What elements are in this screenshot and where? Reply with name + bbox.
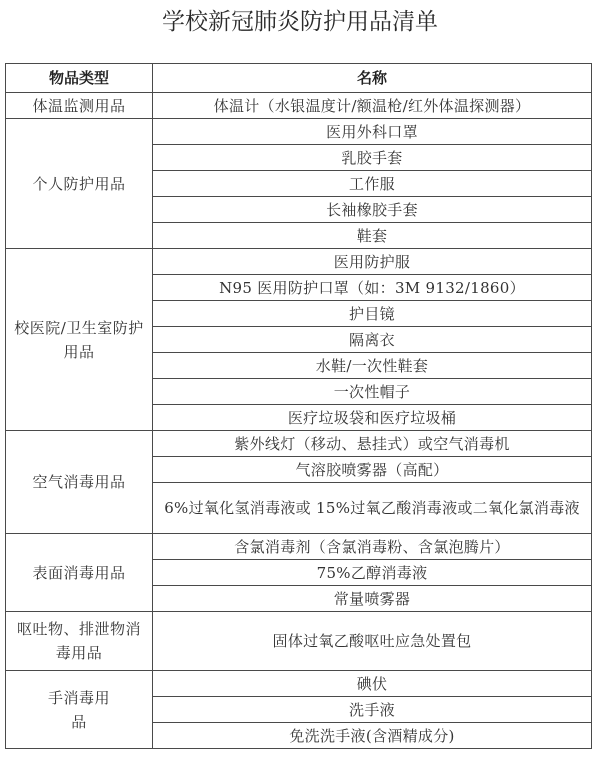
table-header-row: 物品类型 名称 [6,64,592,93]
category-cell: 呕吐物、排泄物消毒用品 [6,612,153,671]
table-row: 个人防护用品 医用外科口罩 [6,119,592,145]
header-name: 名称 [153,64,592,93]
item-cell: 隔离衣 [153,327,592,353]
item-cell: 医用防护服 [153,249,592,275]
table-row: 表面消毒用品 含氯消毒剂（含氯消毒粉、含氯泡腾片） [6,534,592,560]
item-cell: 免洗洗手液(含酒精成分) [153,723,592,749]
page-title: 学校新冠肺炎防护用品清单 [0,8,600,36]
item-cell: 鞋套 [153,223,592,249]
item-cell: 6%过氧化氢消毒液或 15%过氧乙酸消毒液或二氧化氯消毒液 [153,483,592,534]
item-cell: 气溶胶喷雾器（高配） [153,457,592,483]
item-cell: 体温计（水银温度计/额温枪/红外体温探测器） [153,93,592,119]
category-cell: 体温监测用品 [6,93,153,119]
item-cell: 固体过氧乙酸呕吐应急处置包 [153,612,592,671]
category-cell: 手消毒用品 [6,671,153,749]
item-cell: 75%乙醇消毒液 [153,560,592,586]
table-row: 呕吐物、排泄物消毒用品 固体过氧乙酸呕吐应急处置包 [6,612,592,671]
header-category: 物品类型 [6,64,153,93]
item-cell: N95 医用防护口罩（如：3M 9132/1860） [153,275,592,301]
item-cell: 水鞋/一次性鞋套 [153,353,592,379]
item-cell: 一次性帽子 [153,379,592,405]
category-cell: 表面消毒用品 [6,534,153,612]
item-cell: 常量喷雾器 [153,586,592,612]
table-row: 空气消毒用品 紫外线灯（移动、悬挂式）或空气消毒机 [6,431,592,457]
category-cell: 空气消毒用品 [6,431,153,534]
item-cell: 洗手液 [153,697,592,723]
item-cell: 医用外科口罩 [153,119,592,145]
category-cell: 个人防护用品 [6,119,153,249]
table-row: 手消毒用品 碘伏 [6,671,592,697]
item-cell: 乳胶手套 [153,145,592,171]
table-row: 体温监测用品 体温计（水银温度计/额温枪/红外体温探测器） [6,93,592,119]
item-cell: 紫外线灯（移动、悬挂式）或空气消毒机 [153,431,592,457]
item-cell: 医疗垃圾袋和医疗垃圾桶 [153,405,592,431]
category-cell: 校医院/卫生室防护用品 [6,249,153,431]
item-cell: 长袖橡胶手套 [153,197,592,223]
supplies-table: 物品类型 名称 体温监测用品 体温计（水银温度计/额温枪/红外体温探测器） 个人… [5,63,592,749]
item-cell: 工作服 [153,171,592,197]
table-row: 校医院/卫生室防护用品 医用防护服 [6,249,592,275]
item-cell: 含氯消毒剂（含氯消毒粉、含氯泡腾片） [153,534,592,560]
item-cell: 碘伏 [153,671,592,697]
item-cell: 护目镜 [153,301,592,327]
